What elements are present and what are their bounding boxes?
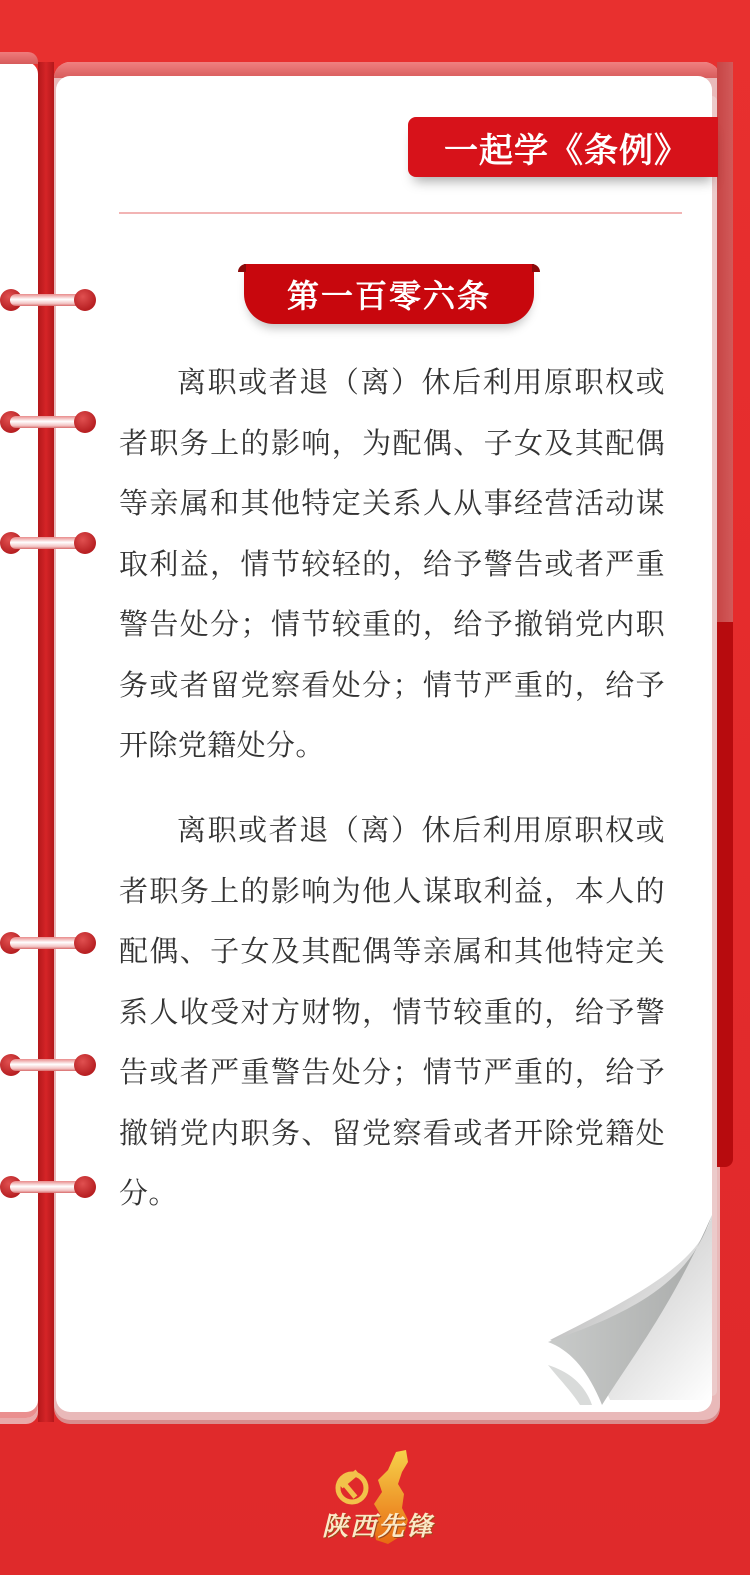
ring-knob <box>74 532 96 554</box>
header-divider <box>119 212 682 214</box>
binder-ring-icon <box>0 411 96 433</box>
ring-knob <box>74 1176 96 1198</box>
article-title-tab: 第一百零六条 <box>244 264 534 324</box>
ring-knob <box>74 1054 96 1076</box>
ring-knob <box>74 411 96 433</box>
article-paragraph-2: 离职或者退（离）休后利用原职权或者职务上的影响为他人谋取利益，本人的配偶、子女及… <box>119 800 665 1224</box>
binder-ring-icon <box>0 932 96 954</box>
bookmark-ribbon <box>717 622 733 1167</box>
notebook-spine <box>38 62 54 1422</box>
ring-knob <box>74 289 96 311</box>
page-curl-icon <box>540 1200 715 1415</box>
article-paragraph-1: 离职或者退（离）休后利用原职权或者职务上的影响，为配偶、子女及其配偶等亲属和其他… <box>119 352 665 776</box>
ring-knob <box>74 932 96 954</box>
left-page-edge <box>0 62 38 1418</box>
logo-text: 陕西先锋 <box>322 1506 434 1543</box>
binder-ring-icon <box>0 289 96 311</box>
binder-ring-icon <box>0 532 96 554</box>
binder-ring-icon <box>0 1176 96 1198</box>
left-page-top-edge <box>0 52 38 64</box>
series-title-tab: 一起学《条例》 <box>408 117 718 177</box>
binder-ring-icon <box>0 1054 96 1076</box>
